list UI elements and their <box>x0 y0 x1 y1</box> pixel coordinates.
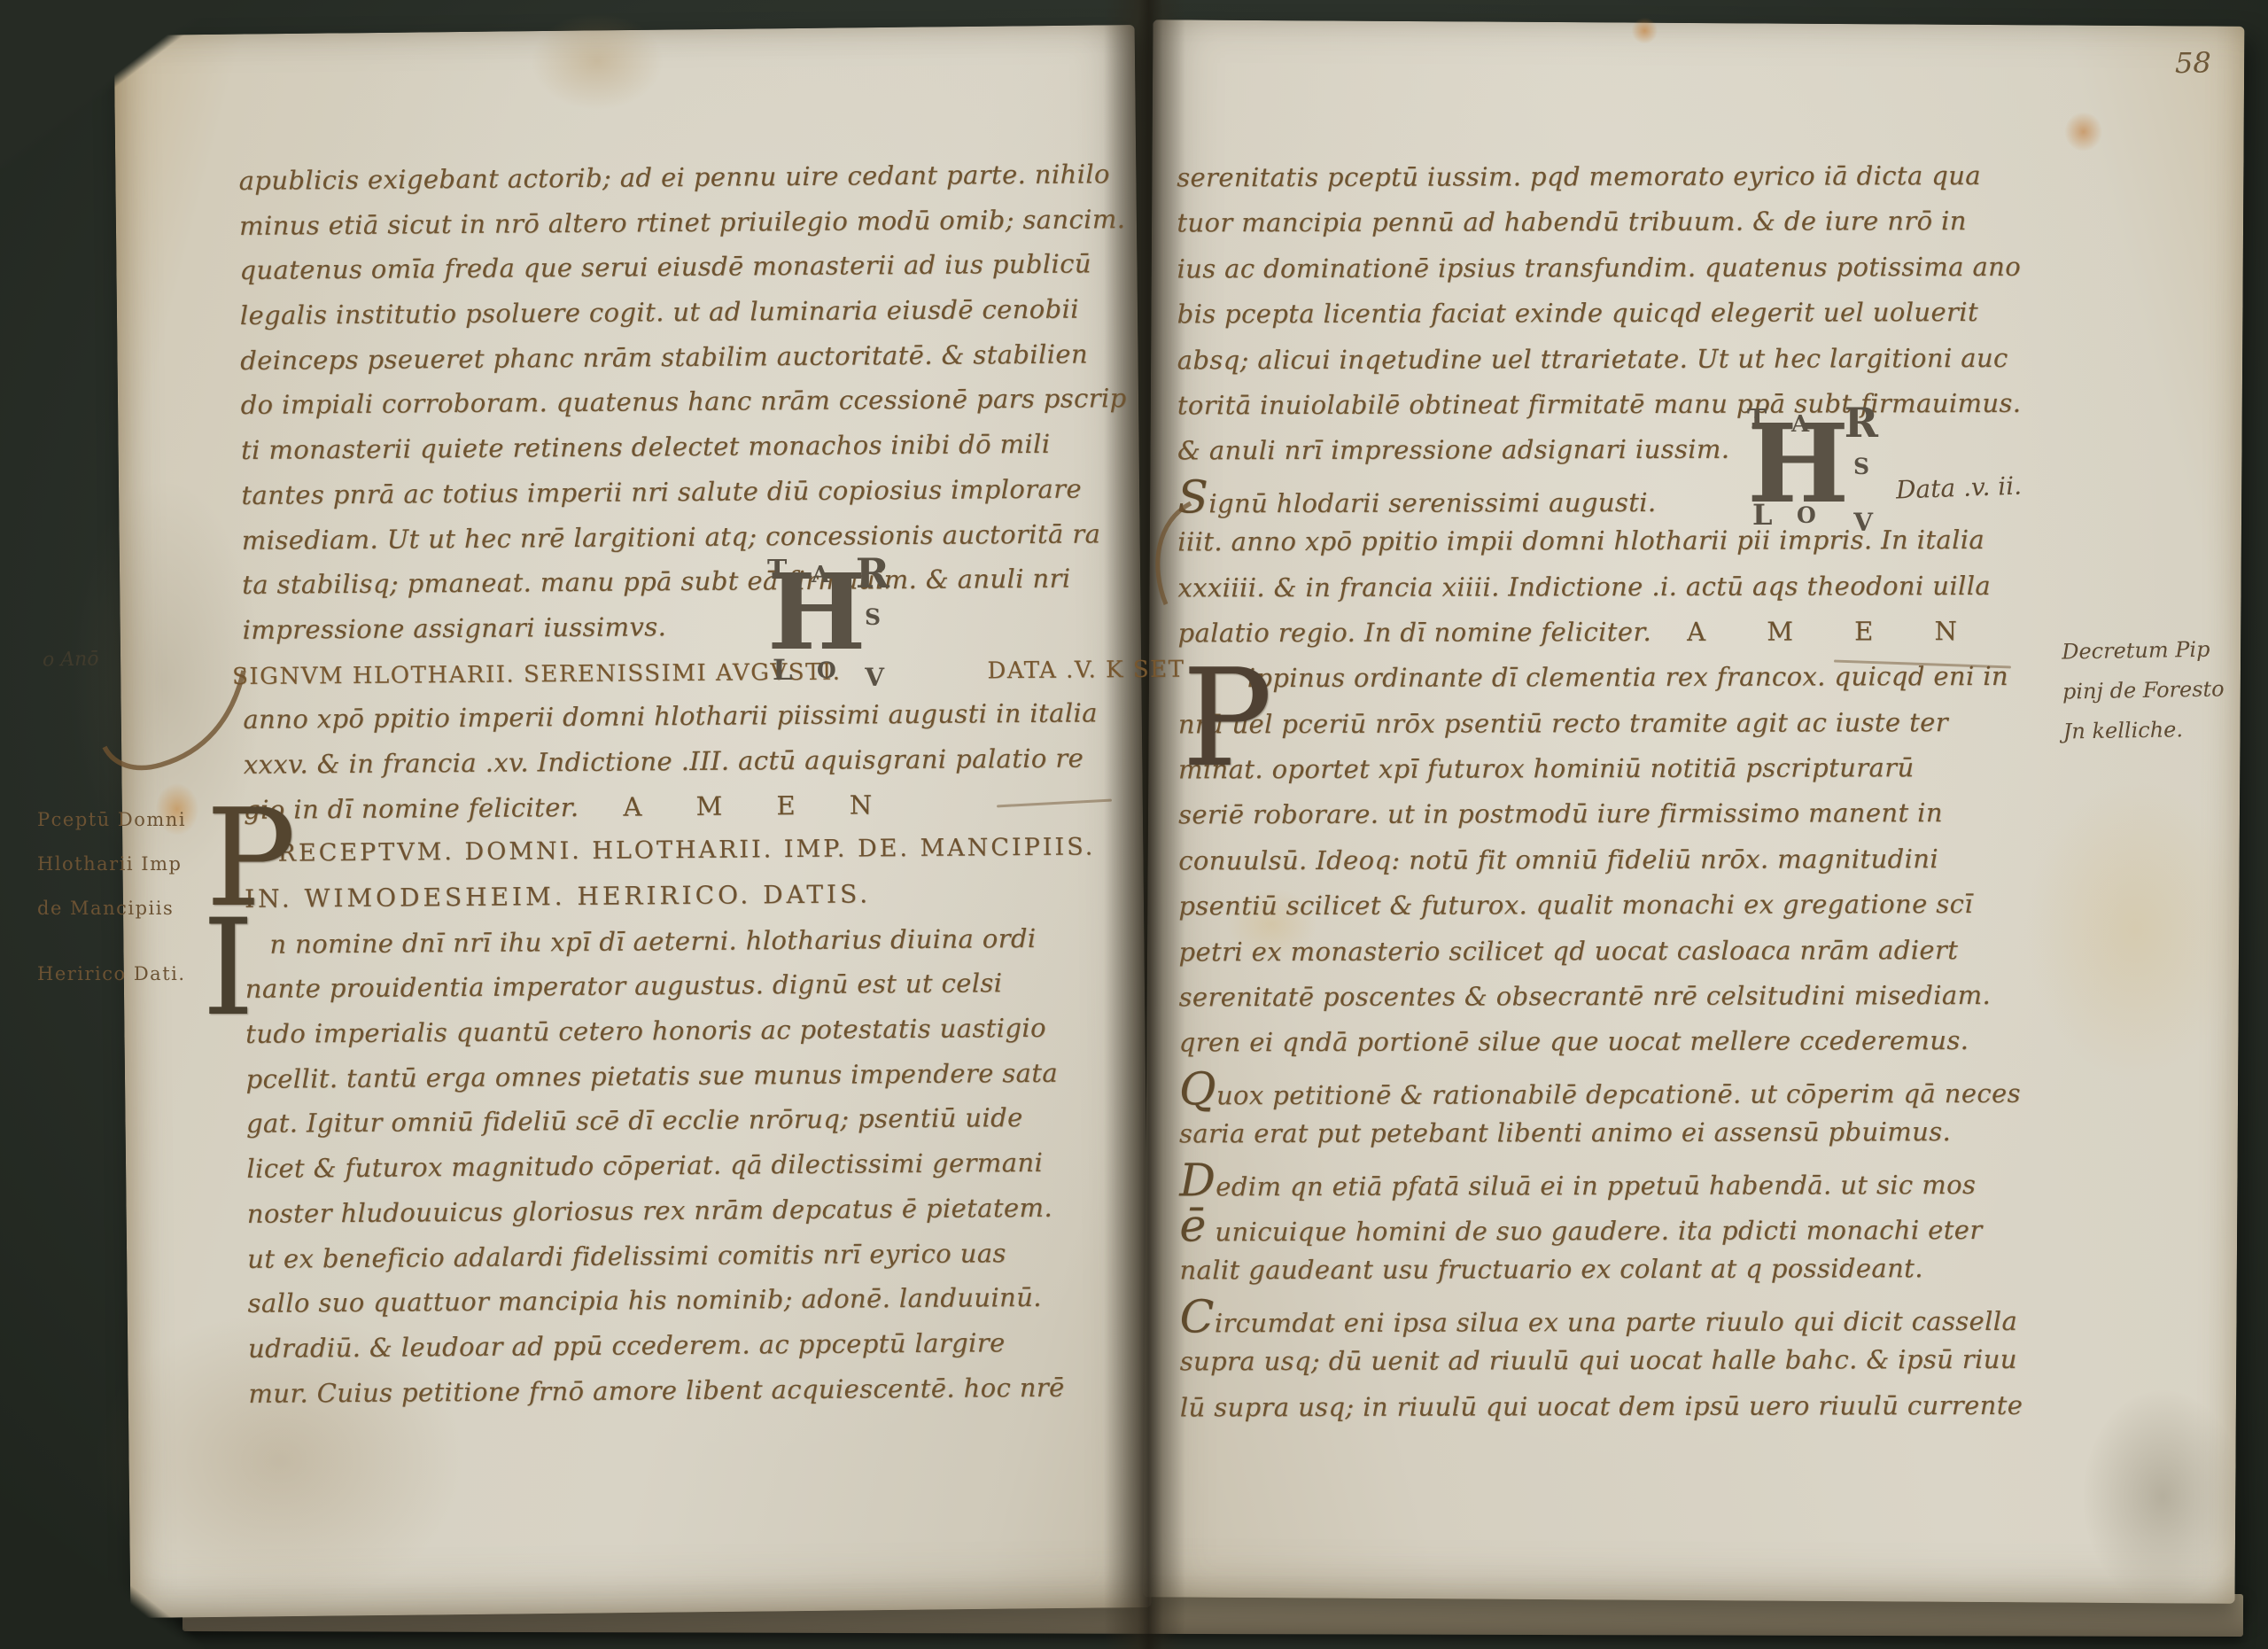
amen-letters: A M E N <box>623 789 895 821</box>
manuscript-line: apublicis exigebant actorib; ad ei pennu… <box>238 152 1124 204</box>
margin-note-line: de Mancipiis <box>37 886 186 930</box>
manuscript-line: ti monasterii quiete retinens delectet m… <box>241 421 1127 473</box>
monogram-a: A <box>812 562 829 588</box>
manuscript-line: psentiū scilicet & futurox. qualit monac… <box>1178 882 2091 930</box>
margin-note-faint: o Anō <box>43 639 99 680</box>
manuscript-line: seriē roborare. ut in postmodū iure firm… <box>1178 790 2091 838</box>
manuscript-line: licet & futurox magnitudo cōperiat. qā d… <box>246 1140 1132 1192</box>
monogram-r: R <box>1845 399 1878 447</box>
manuscript-line: misediam. Ut ut hec nrē largitioni atq; … <box>242 511 1128 564</box>
parchment-stain <box>2083 1390 2243 1604</box>
rubric-line: IN. WIMODESHEIM. HERIRICO. DATIS. <box>245 870 1130 922</box>
monogram-a: A <box>1791 411 1809 438</box>
margin-note-line: Jn kelliche. <box>2062 709 2225 751</box>
monogram-s: S <box>1853 454 1869 479</box>
manuscript-line: legalis institutio psoluere cogit. ut ad… <box>240 286 1126 338</box>
margin-note-line: Pceptū Domni <box>37 797 186 842</box>
manuscript-line: qren ei qndā portionē silue que uocat me… <box>1179 1018 2092 1066</box>
manuscript-line: ta stabilisq; pmaneat. manu ppā subt eā … <box>242 556 1128 608</box>
manuscript-line: & anuli nrī impressione adsignari iussim… <box>1177 426 2090 474</box>
folio-number: 58 <box>2175 46 2211 80</box>
manuscript-line: ippinus ordinante dī clementia rex franc… <box>1178 654 2091 702</box>
rubric-line: RECEPTVM. DOMNI. HLOTHARII. IMP. DE. MAN… <box>244 825 1130 877</box>
lothar-monogram: H T A R S L O V <box>767 560 891 688</box>
manuscript-line: bis pcepta licentia faciat exinde quicqd… <box>1177 290 2090 338</box>
manuscript-line: gat. Igitur omniū fideliū scē dī ecclie … <box>246 1094 1132 1147</box>
manuscript-line: saria erat put petebant libenti animo ei… <box>1179 1109 2092 1157</box>
manuscript-line: absq; alicui inqetudine uel ttrarietate.… <box>1177 335 2090 383</box>
amen-line: gio in dī nomine feliciter.A M E N <box>244 781 1130 833</box>
manuscript-line: n nomine dnī nrī ihu xpī dī aeterni. hlo… <box>245 915 1130 968</box>
manuscript-line: ius ac dominationē ipsius transfundim. q… <box>1177 244 2089 292</box>
monogram-l: L <box>1752 498 1773 532</box>
data-date-note: Data .v. ii. <box>1895 466 2022 510</box>
manuscript-line: noster hludouuicus gloriosus rex nrām de… <box>247 1185 1133 1237</box>
manuscript-line: serenitatē poscentes & obsecrantē nrē ce… <box>1179 973 2092 1021</box>
right-text-block: serenitatis pceptū iussim. pqd memorato … <box>1177 153 2093 1431</box>
manuscript-line: Quox petitionē & rationabilē depcationē.… <box>1179 1063 2092 1111</box>
lothar-monogram: H T A R S L O V <box>1747 409 1880 533</box>
left-margin-note: Pceptū Domni Hlotharii Imp de Mancipiis … <box>37 797 186 996</box>
manuscript-line: supra usq; dū uenit ad riuulū qui uocat … <box>1180 1337 2093 1385</box>
manuscript-line: nalit gaudeant usu fructuario ex colant … <box>1179 1246 2092 1294</box>
right-margin-note: Decretum Pip pinj de Foresto Jn kelliche… <box>2062 629 2225 751</box>
margin-note-line: Decretum Pip <box>2062 629 2224 672</box>
manuscript-line: tuor mancipia pennū ad habendū tribuum. … <box>1177 198 2089 246</box>
parchment-stain <box>530 12 664 112</box>
manuscript-line: anno xpō ppitio imperii domni hlotharii … <box>243 690 1129 743</box>
monogram-v: V <box>1853 508 1873 537</box>
left-text-block: apublicis exigebant actorib; ad ei pennu… <box>238 152 1134 1416</box>
manuscript-line: impressione assignari iussimvs. <box>242 601 1128 653</box>
manuscript-line: do impiali corroboram. quatenus hanc nrā… <box>240 377 1126 429</box>
manuscript-line: minus etiā sicut in nrō altero rtinet pr… <box>239 197 1125 249</box>
manuscript-line: nante prouidentia imperator augustus. di… <box>245 960 1131 1012</box>
manuscript-line: tudo imperialis quantū cetero honoris ac… <box>245 1005 1131 1057</box>
monogram-s: S <box>865 604 881 630</box>
manuscript-line: Dedim qn etiā pfatā siluā ei in ppetuū h… <box>1179 1155 2092 1202</box>
manuscript-photo: 58 apublicis exigebant actorib; ad ei pe… <box>0 0 2268 1649</box>
signum-line: SIGNVM HLOTHARII. SERENISSIMI AVGVSTI.DA… <box>232 646 1129 698</box>
manuscript-line: ut ex beneficio adalardi fidelissimi com… <box>247 1230 1133 1282</box>
manuscript-line: toritā inuiolabilē obtineat firmitatē ma… <box>1177 381 2090 429</box>
monogram-t: T <box>767 555 787 586</box>
manuscript-line: tantes pnrā ac totius imperii nri salute… <box>241 466 1127 518</box>
manuscript-line: xxxv. & in francia .xv. Indictione .III.… <box>244 735 1130 788</box>
margin-note-line: Hlotharii Imp <box>37 842 186 886</box>
manuscript-line: ē unicuique homini de suo gaudere. ita p… <box>1179 1201 2092 1248</box>
signum-text: SIGNVM HLOTHARII. SERENISSIMI AVGVSTI. <box>232 658 842 689</box>
manuscript-line: quatenus omīa freda que serui eiusdē mon… <box>239 241 1125 293</box>
monogram-v: V <box>865 663 884 692</box>
manuscript-line: udradiū. & leudoar ad ppū ccederem. ac p… <box>248 1319 1134 1372</box>
manuscript-line: minat. oportet xpī futurox hominiū notit… <box>1178 745 2091 793</box>
manuscript-line: mur. Cuius petitione frnō amore libent a… <box>248 1365 1134 1417</box>
monogram-t: T <box>1747 404 1767 435</box>
initial-p-pippinus: P <box>1182 651 1272 786</box>
manuscript-line: conuulsū. Ideoq: notū fit omniū fideliū … <box>1178 836 2091 884</box>
foxing-spot <box>2065 113 2102 152</box>
manuscript-line: pcellit. tantū erga omnes pietatis sue m… <box>245 1050 1131 1102</box>
manuscript-line: lū supra usq; in riuulū qui uocat dem ip… <box>1180 1382 2093 1430</box>
manuscript-line: sallo suo quattuor mancipia his nominib;… <box>247 1274 1133 1326</box>
manuscript-line: iiit. anno xpō ppitio impii domni hlotha… <box>1177 517 2090 565</box>
monogram-o: O <box>1797 502 1816 528</box>
margin-note-line: pinj de Foresto <box>2062 669 2225 712</box>
initial-i-in-nomine: I <box>202 902 254 1035</box>
foxing-spot <box>1631 18 1658 44</box>
manuscript-line: deinceps pseueret phanc nrām stabilim au… <box>240 331 1126 384</box>
amen-line: palatio regio. In dī nomine feliciter.A … <box>1177 609 2090 657</box>
manuscript-line: serenitatis pceptū iussim. pqd memorato … <box>1177 153 2089 201</box>
monogram-r: R <box>856 549 889 597</box>
data-clause: DATA .V. K SET <box>987 656 1184 684</box>
monogram-l: L <box>773 653 793 687</box>
margin-note-line: Heririco Dati. <box>37 952 186 996</box>
manuscript-line: Circumdat eni ipsa silua ex una parte ri… <box>1179 1291 2092 1339</box>
manuscript-line: xxxiiii. & in francia xiiii. Indictione … <box>1177 563 2090 611</box>
amen-letters: A M E N <box>1687 616 1984 647</box>
manuscript-line: nrā uel pceriū nrōx psentiū recto tramit… <box>1178 699 2091 747</box>
manuscript-line: petri ex monasterio scilicet qd uocat ca… <box>1178 927 2091 975</box>
monogram-o: O <box>817 657 836 683</box>
